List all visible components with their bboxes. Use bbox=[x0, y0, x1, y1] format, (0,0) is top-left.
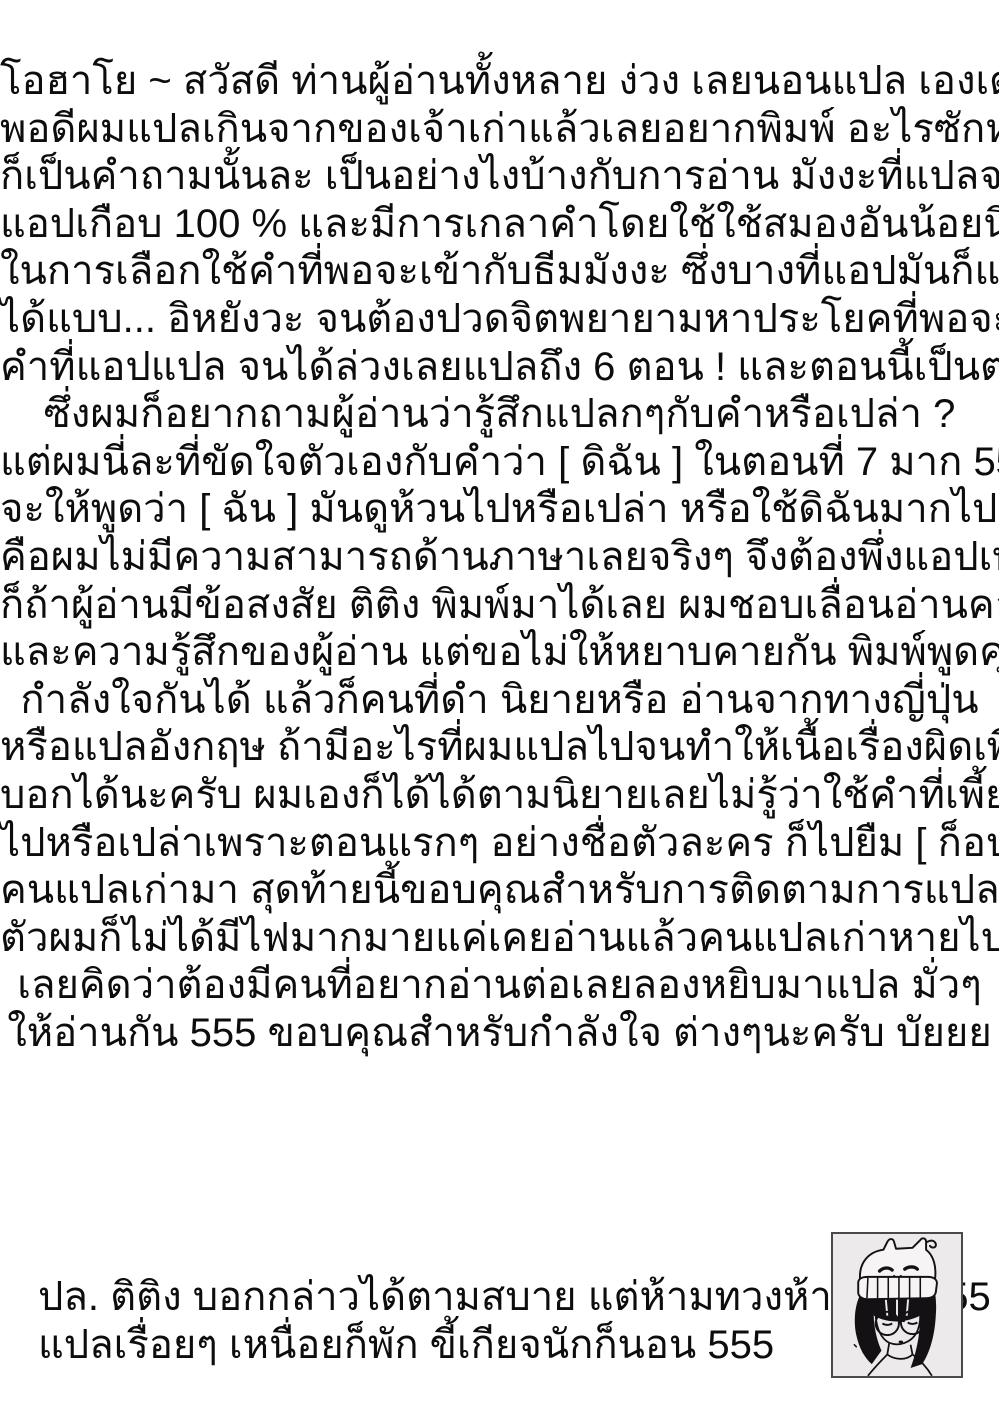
note-line: ไปหรือเปล่าเพราะตอนแรกๆ อย่างชื่อตัวละคร… bbox=[0, 820, 999, 868]
note-line: ให้อ่านกัน 555 ขอบคุณสำหรับกำลังใจ ต่างๆ… bbox=[0, 1010, 999, 1058]
note-line: ก็ถ้าผู้อ่านมีข้อสงสัย ติติง พิมพ์มาได้เ… bbox=[0, 582, 999, 630]
note-line: ได้แบบ... อิหยังวะ จนต้องปวดจิตพยายามหาป… bbox=[0, 296, 999, 344]
note-line: คำที่แอปแปล จนได้ล่วงเลยแปลถึง 6 ตอน ! แ… bbox=[0, 344, 999, 392]
note-line: ซึ่งผมก็อยากถามผู้อ่านว่ารู้สึกแปลกๆกับค… bbox=[0, 391, 999, 439]
note-line: กำลังใจกันได้ แล้วก็คนที่ดำ นิยายหรือ อ่… bbox=[0, 677, 999, 725]
note-line: คนแปลเก่ามา สุดท้ายนี้ขอบคุณสำหรับการติด… bbox=[0, 867, 999, 915]
translator-note: โอฮาโย ~ สวัสดี ท่านผู้อ่านทั้งหลาย ง่วง… bbox=[0, 58, 999, 1057]
cat-beanie-girl-illustration bbox=[831, 1232, 963, 1378]
note-line: บอกได้นะครับ ผมเองก็ได้ได้ตามนิยายเลยไม่… bbox=[0, 772, 999, 820]
note-line: คือผมไม่มีความสามารถด้านภาษาเลยจริงๆ จึง… bbox=[0, 534, 999, 582]
note-line: ตัวผมก็ไม่ได้มีไฟมากมายแค่เคยอ่านแล้วคนแ… bbox=[0, 915, 999, 963]
note-line: ในการเลือกใช้คำที่พอจะเข้ากับธีมมังงะ ซึ… bbox=[0, 248, 999, 296]
note-line: แอปเกือบ 100 % และมีการเกลาคำโดยใช้ใช้สม… bbox=[0, 201, 999, 249]
cat-beanie-girl-drawing bbox=[833, 1234, 961, 1376]
note-line: โอฮาโย ~ สวัสดี ท่านผู้อ่านทั้งหลาย ง่วง… bbox=[0, 58, 999, 106]
note-line: พอดีผมแปลเกินจากของเจ้าเก่าแล้วเลยอยากพิ… bbox=[0, 106, 999, 154]
note-line: แต่ผมนี่ละที่ขัดใจตัวเองกับคำว่า [ ดิฉัน… bbox=[0, 439, 999, 487]
note-line: จะให้พูดว่า [ ฉัน ] มันดูห้วนไปหรือเปล่า… bbox=[0, 486, 999, 534]
note-line: และความรู้สึกของผู้อ่าน แต่ขอไม่ให้หยาบค… bbox=[0, 629, 999, 677]
note-line: เลยคิดว่าต้องมีคนที่อยากอ่านต่อเลยลองหยิ… bbox=[0, 962, 999, 1010]
note-line: หรือแปลอังกฤษ ถ้ามีอะไรที่ผมแปลไปจนทำให้… bbox=[0, 724, 999, 772]
note-line: ก็เป็นคำถามนั้นละ เป็นอย่างไงบ้างกับการอ… bbox=[0, 153, 999, 201]
